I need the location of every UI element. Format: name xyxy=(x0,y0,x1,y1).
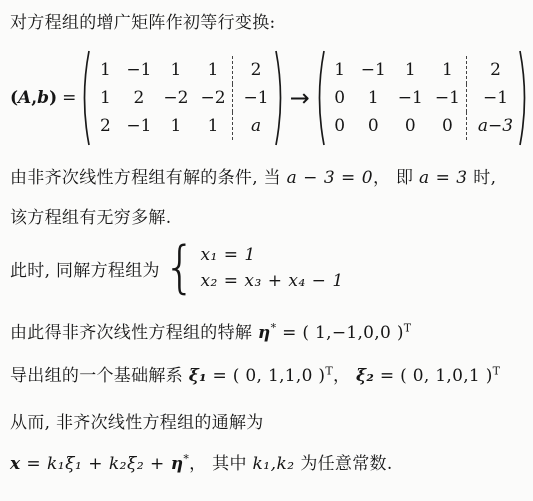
k-constants: k₁,k₂ xyxy=(252,454,294,474)
general-expression: = k₁ξ₁ + k₂ξ₂ + xyxy=(20,454,170,474)
equivalent-system-row: 此时, 同解方程组为 { x₁ = 1 x₂ = x₃ + x₄ − 1 xyxy=(10,238,523,298)
system-eq-1: x₁ = 1 xyxy=(200,245,343,265)
xi1-value: = ( 0, 1,1,0 ) xyxy=(207,366,326,386)
lhs-b: b xyxy=(37,88,49,108)
system-equations: x₁ = 1 x₂ = x₃ + x₄ − 1 xyxy=(200,245,343,291)
eta-symbol: η xyxy=(171,454,184,474)
system-eq-2: x₂ = x₃ + x₄ − 1 xyxy=(200,271,343,291)
matrix-cell: 1 xyxy=(392,56,429,84)
matrix-cell: 0 xyxy=(392,112,429,140)
matrix-cell: −1 xyxy=(120,56,157,84)
transpose-T: T xyxy=(404,321,412,334)
matrix-cell: 1 xyxy=(157,112,194,140)
matrix-cell: 2 xyxy=(466,56,519,84)
matrix-cell: 0 xyxy=(325,112,355,140)
matrix-cell: −1 xyxy=(392,84,429,112)
infinite-solutions-line: 该方程组有无穷多解. xyxy=(10,203,523,228)
matrix-1: 1 −1 1 1 2 1 2 −2 −2 −1 2 −1 1 1 a xyxy=(90,56,274,140)
matrix-cell: −1 xyxy=(232,84,275,112)
lhs-close-paren: ) xyxy=(49,88,57,108)
xi1-symbol: ξ₁ xyxy=(189,366,207,386)
condition-math-1: a − 3 = 0 xyxy=(287,168,373,188)
general-tail-text: 为任意常数. xyxy=(295,454,393,474)
intro-line: 对方程组的增广矩阵作初等行变换: xyxy=(10,8,523,33)
equals-sign: = xyxy=(62,88,76,108)
matrix-row: 2 −1 1 1 a xyxy=(90,112,274,140)
matrix-cell: 1 xyxy=(429,56,467,84)
system-prefix: 此时, 同解方程组为 xyxy=(10,256,160,281)
particular-solution-line: 由此得非齐次线性方程组的特解 η* = ( 1,−1,0,0 )T xyxy=(10,318,523,343)
general-solution-line: x = k₁ξ₁ + k₂ξ₂ + η*， 其中 k₁,k₂ 为任意常数. xyxy=(10,449,523,474)
condition-text-2: ， 即 xyxy=(373,168,413,188)
left-paren xyxy=(314,49,325,147)
matrix-cell: 0 xyxy=(355,112,392,140)
matrix-row: 1 2 −2 −2 −1 xyxy=(90,84,274,112)
matrix-row: 0 0 0 0 a−3 xyxy=(325,112,519,140)
document-page: 对方程组的增广矩阵作初等行变换: (A,b) = 1 −1 1 1 2 1 2 … xyxy=(0,0,533,474)
matrix-cell: −1 xyxy=(429,84,467,112)
matrix-cell: 0 xyxy=(325,84,355,112)
matrix-cell: 1 xyxy=(355,84,392,112)
right-paren xyxy=(519,49,530,147)
left-paren xyxy=(79,49,90,147)
matrix-cell: 1 xyxy=(90,84,120,112)
general-mid-text: ， 其中 xyxy=(189,454,252,474)
matrix-cell: −1 xyxy=(355,56,392,84)
matrix-cell: 1 xyxy=(90,56,120,84)
matrix-row: 1 −1 1 1 2 xyxy=(325,56,519,84)
matrix-cell: 1 xyxy=(194,56,232,84)
lhs-open-paren: ( xyxy=(10,88,18,108)
matrix-cell: 2 xyxy=(232,56,275,84)
basis-text: 导出组的一个基础解系 xyxy=(10,366,183,386)
matrix-cell: 2 xyxy=(90,112,120,140)
transpose-T: T xyxy=(325,364,333,377)
matrix-cell: 1 xyxy=(157,56,194,84)
basis-separator: ， xyxy=(333,366,350,386)
matrix-cell: 1 xyxy=(194,112,232,140)
system-brace: { xyxy=(164,238,196,298)
condition-text-3: 时, xyxy=(473,168,496,188)
matrix-cell: −1 xyxy=(120,112,157,140)
matrix-cell: −2 xyxy=(194,84,232,112)
x-vector: x xyxy=(10,454,20,474)
matrix-cell: 1 xyxy=(325,56,355,84)
matrix-cell: a−3 xyxy=(466,112,519,140)
xi2-symbol: ξ₂ xyxy=(356,366,374,386)
matrix-cell: 0 xyxy=(429,112,467,140)
particular-text: 由此得非齐次线性方程组的特解 xyxy=(10,323,252,343)
eta-symbol: η xyxy=(258,323,271,343)
general-solution-intro: 从而, 非齐次线性方程组的通解为 xyxy=(10,408,523,433)
right-paren xyxy=(275,49,286,147)
condition-math-2: a = 3 xyxy=(419,168,468,188)
lhs-A: A xyxy=(18,88,31,108)
matrix-row: 0 1 −1 −1 −1 xyxy=(325,84,519,112)
lhs-label: (A,b) xyxy=(10,88,57,108)
matrix-row: 1 −1 1 1 2 xyxy=(90,56,274,84)
condition-line: 由非齐次线性方程组有解的条件, 当 a − 3 = 0， 即 a = 3 时, xyxy=(10,163,523,188)
right-arrow-icon: → xyxy=(290,84,310,112)
condition-text-1: 由非齐次线性方程组有解的条件, 当 xyxy=(10,168,281,188)
basis-solutions-line: 导出组的一个基础解系 ξ₁ = ( 0, 1,1,0 )T， ξ₂ = ( 0,… xyxy=(10,361,523,386)
matrix-equation-row: (A,b) = 1 −1 1 1 2 1 2 −2 −2 −1 2 −1 1 xyxy=(10,49,523,147)
transpose-T: T xyxy=(493,364,501,377)
matrix-cell: 2 xyxy=(120,84,157,112)
particular-value: = ( 1,−1,0,0 ) xyxy=(276,323,403,343)
matrix-cell: a xyxy=(232,112,275,140)
matrix-2: 1 −1 1 1 2 0 1 −1 −1 −1 0 0 0 0 a−3 xyxy=(325,56,519,140)
matrix-cell: −2 xyxy=(157,84,194,112)
matrix-cell: −1 xyxy=(466,84,519,112)
xi2-value: = ( 0, 1,0,1 ) xyxy=(374,366,493,386)
